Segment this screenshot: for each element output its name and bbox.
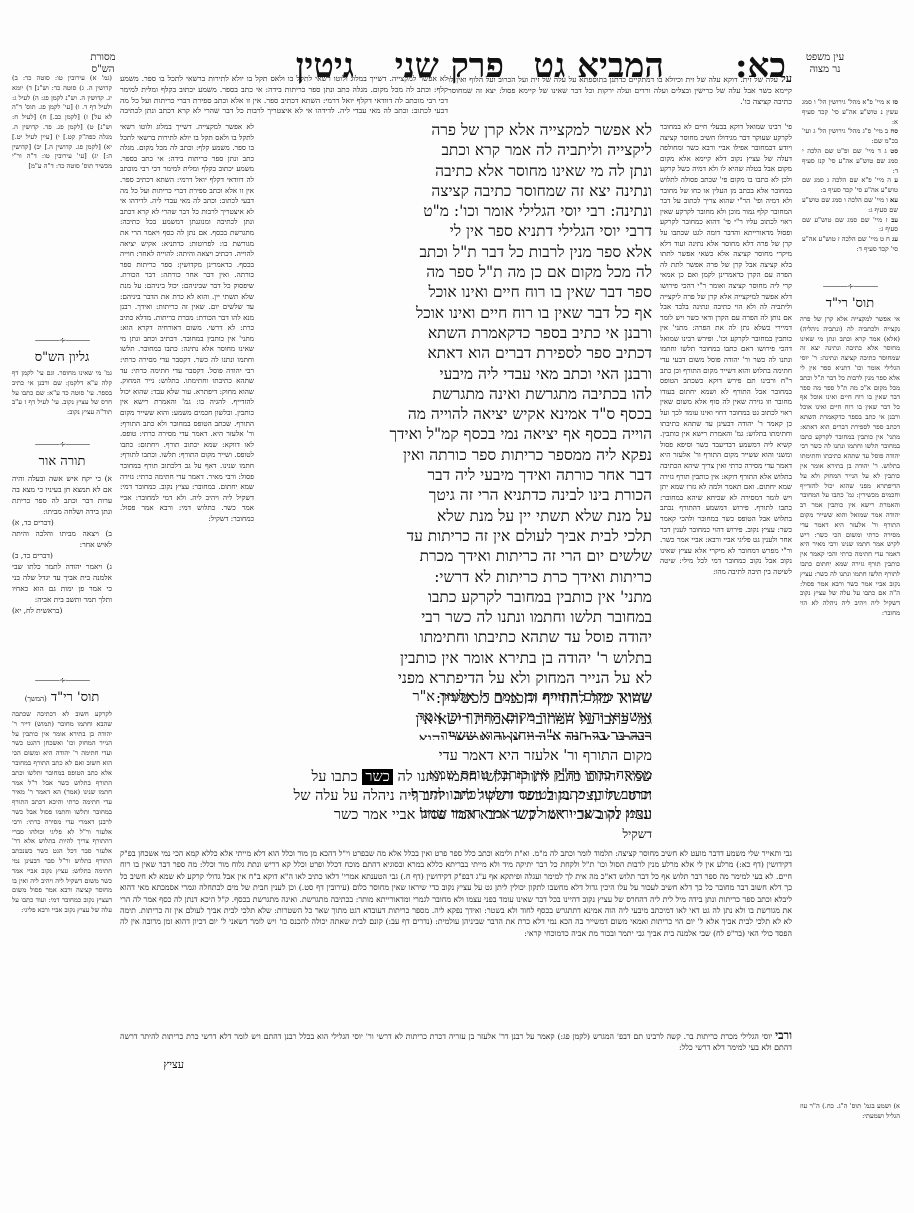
ornament-divider: ———∻——— — [12, 440, 112, 450]
tosafot-commentary-top: על עלה של זית. דוקא עלה של זית וכיולא בו… — [448, 74, 792, 118]
tosafot-rid-continued-section: ———∻——— תוס' רי"ד (המשך) לקרקע חשוב לא ד… — [12, 676, 112, 1146]
gemara-wide-line: עציץ נקוב אביי אמר כשר ורבא אמר פסול אבי… — [252, 806, 652, 825]
gemara-line: ששייר מקום התורף וכן אמר ר' אלעזר א"ר — [352, 688, 652, 708]
torah-or-verse: א) כי יקח איש אשה ובעלה והיה אם לא תמצא … — [12, 473, 112, 517]
gemara-line: תלכי לבית אביך לעולם אין זה כריתות עד — [256, 526, 652, 546]
ein-mishpat-entry-1: סח ב מיי' פ"ג מהל' גירושין הל' ג ועי' בכ… — [802, 127, 898, 147]
gemara-line: לא אפשר למקצייה אלא קרן של פרה — [256, 120, 652, 140]
gemara-line: לא על הנייר המחוק ולא על הדיפתרא מפני — [256, 668, 652, 688]
gemara-line: בתלוש ר' יהודה בן בתירא אומר אין כותבין — [256, 648, 652, 668]
gemara-line: אלא ספר מנין לרבות כל דבר ת"ל וכתב — [256, 242, 652, 262]
torah-or-ref: (דברים כד, א) — [12, 517, 112, 528]
tosafot-lead-word: על — [781, 74, 792, 85]
gemara-line: רבה בר בר חנה א"ר יוחנן והוא ששייר — [352, 727, 652, 747]
torah-or-verse: ג) ויאמר יהודה לתמר כלתו שבי אלמנה בית א… — [12, 561, 112, 605]
ornament-divider: ———∻——— — [800, 282, 900, 292]
gemara-line: אושעיא והוא ששייר מקום התורף וכן אמר — [352, 708, 652, 728]
tosafot-bottom-text: גבי ותאייר שלי משמע דדבר מועט לא חשיב מח… — [120, 848, 792, 1028]
gemara-line: שלשים יום הרי זה כריתות ואידך מכרת — [256, 546, 652, 566]
masoret-hashas-label: מסורת הש"ס — [72, 52, 134, 76]
torah-or-ref: (בראשית לח, יא) — [12, 605, 112, 616]
gemara-line: ורבנן אי כתיב בספר כדקאמרת השתא — [256, 323, 652, 343]
gemara-text: לא אפשר למקצייה אלא קרן של פרה ליקצייה ו… — [256, 120, 652, 740]
gemara-line-highlight: שמא יחתום כתבו לתורף תלשו חתמו ונתנו לה … — [252, 768, 652, 787]
tosafot-rid-footer: א) ושמע בגמ' תוס' ה"ג. כח.) ה"ר עוז הגלי… — [800, 1102, 900, 1142]
gemara-line: אף כל דבר שאין בו רוח חיים ואינו אוכל — [256, 303, 652, 323]
gemara-line: הוייה בכסף אף יציאה נמי בכסף קמ"ל ואידך — [256, 424, 652, 444]
gemara-line: כריתות ואידך כרת כריתות לא דרשי: — [256, 567, 652, 587]
ein-mishpat-label-line1: עין משפט — [794, 52, 856, 64]
tosafot-rid-continued-text: לקרקע חשוב לא דכתיבה שכתבה שהבא וחתמו מח… — [12, 710, 112, 1150]
tosafot-rid-text: אי אפשר למקצייה אלא קרן של פרה נקצייה ול… — [800, 315, 900, 1085]
gemara-line: דרבי יוסי הגלילי דתניא ספר אין לי — [256, 221, 652, 241]
torah-or-entry: א) כי יקח איש אשה ובעלה והיה אם לא תמצא … — [12, 473, 112, 616]
gemara-catchword: דשקיל — [252, 825, 652, 844]
tosafot-final-text: יוסי הגלילי מכרת כריתות בר. קשה לרבינו ת… — [120, 1032, 792, 1052]
rashi-commentary: לא אפשר למקצייה. דשייך במלוג ולוטו רשאי … — [120, 74, 448, 118]
gemara-line: ונתן לה מי שאינו מחוסר אלא כתיבה — [256, 161, 652, 181]
gemara-line: ונתינה: רבי יוסי הגלילי אומר וכו': מ"ט — [256, 201, 652, 221]
page-catchword: עציץ — [163, 1058, 184, 1071]
tosafot-top-text: עלה של זית. דוקא עלה של זית וכיולא בו דמ… — [448, 75, 792, 106]
gemara-line: ורבנן האי וכתב מאי עבדי ליה מיבעי — [256, 364, 652, 384]
gemara-line: על מנת שלא תשתי יין על מנת שלא — [256, 506, 652, 526]
ein-mishpat-entry-6: עג ח ט מיי' שם הלכה ז טוש"ע אה"ע סי' קכד… — [802, 235, 898, 255]
gemara-line: לה מכל מקום אם כן מה ת"ל ספר מה — [256, 262, 652, 282]
gemara-line: במחובר תלשו וחתמו ונתנו לה כשר רבי — [256, 607, 652, 627]
gemara-line: נפקא ליה ממספר כריתות ספר כורתה ואין — [256, 445, 652, 465]
gemara-line: ונתינה יצא זה שמחוסר כתיבה קציצה — [256, 181, 652, 201]
rid-cont-note: (המשך) — [25, 695, 47, 703]
gilyon-hashas-text: גמ' מי שאינו מחוסר. וגם עי' לקמן דף קלה … — [12, 369, 112, 418]
torah-or-ref: (דברים כד, ב) — [12, 550, 112, 561]
rid-cont-title-text: תוס' רי"ד — [51, 690, 99, 705]
gemara-line: ספר דבר שאין בו רוח חיים ואינו אוכל — [256, 282, 652, 302]
ein-mishpat-entry-0: סז א מיי' פ"א מהל' גירושין הל' ו סמג עשי… — [802, 98, 898, 127]
gilyon-hashas-section: ———∻——— גליון הש"ס גמ' מי שאינו מחוסר. ו… — [12, 336, 112, 436]
ein-mishpat-label-line2: נר מצוה — [794, 64, 856, 76]
highlighted-word: כשר — [362, 769, 392, 785]
gemara-line: להו בכתיבה מתגרשת ואינה מתגרשת — [256, 384, 652, 404]
gemara-closing: שמא יחתום כתבו לתורף תלשו חתמו ונתנו לה … — [252, 768, 652, 848]
ein-mishpat-column: סז א מיי' פ"א מהל' גירושין הל' ו סמג עשי… — [802, 98, 898, 278]
torah-or-verse: ב) ויצאה מביתו והלכה והיתה לאיש אחר: — [12, 528, 112, 550]
gemara-line: בכסף ס"ד אמינא אקיש יציאה להוייה מה — [256, 404, 652, 424]
masoret-label-line1: מסורת — [72, 52, 134, 64]
ein-mishpat-label: עין משפט נר מצוה — [794, 52, 856, 76]
gemara-tail: כתבו על — [312, 769, 358, 785]
rashi-commentary-column: לא אפשר למקצייה. דשייך במלוג ולוטו רשאי … — [120, 122, 254, 762]
gemara-line: ליקצייה וליתביה לה אמר קרא וכתב — [256, 140, 652, 160]
ein-mishpat-entry-4: עא ו מיי' שם הלכה ו סמג שם טוש"ע שם סעיף… — [802, 196, 898, 216]
ein-mishpat-entry-2: סט ג ד מיי' שם ופ"ט שם הלכה י סמג שם טוש… — [802, 147, 898, 176]
gemara-line: יהודה פוסל עד שתהא כתיבתו וחתימתו — [256, 627, 652, 647]
ein-mishpat-entry-3: ע ה מיי' פ"א שם הלכה ג סמג שם טוש"ע אה"ע… — [802, 176, 898, 196]
tosafot-commentary: פי' רבינו שמואל דוקא בבעלי חיים לא במחוב… — [660, 122, 792, 838]
gemara-wide-line: חרס של עציץ נקוב כשר דשקיל ליה ויהיב ליה… — [252, 787, 652, 806]
gemara-line: מתני' אין כותבין במחובר לקרקע כתבו — [256, 587, 652, 607]
ornament-divider: ———∻——— — [12, 336, 112, 346]
tosafot-rid-continued-title: תוס' רי"ד (המשך) — [12, 690, 112, 707]
tosafot-rid-section: ———∻——— תוס' רי"ד אי אפשר למקצייה אלא קר… — [800, 282, 900, 1102]
gemara-line: דכתיב ספר לספירת דברים הוא דאתא — [256, 343, 652, 363]
gemara-line: הכורת בינו לבינה כדתניא הרי זה גיטך — [256, 485, 652, 505]
gemara-line: דבר אחר כורתה ואידך מיבעי ליה דבר — [256, 465, 652, 485]
torah-or-title: תורה אור — [12, 454, 112, 470]
gemara-wide-line: שמא יחתום כתבו לתורף תלשו חתמו ונתנו לה — [397, 769, 652, 785]
ornament-divider: ———∻——— — [12, 676, 112, 686]
tosafot-final-lead-word: ורבי — [775, 1030, 792, 1042]
gemara-line: מקום התורף ור' אלעזר היא דאמר עדי — [352, 747, 652, 767]
torah-or-section: ———∻——— תורה אור א) כי יקח איש אשה ובעלה… — [12, 440, 112, 670]
ein-mishpat-entry-5: עב ז מיי' שם סמג שם טוש"ע שם סעיף ג: — [802, 216, 898, 236]
gilyon-hashas-title: גליון הש"ס — [12, 350, 112, 366]
masoret-hashas-text: (גמ' א) עירובין טו: סוטה כד: ב) קדושין ה… — [12, 74, 112, 334]
tosafot-bottom-final: ורבי יוסי הגלילי מכרת כריתות בר. קשה לרב… — [120, 1030, 792, 1056]
tosafot-rid-title: תוס' רי"ד — [800, 296, 900, 312]
